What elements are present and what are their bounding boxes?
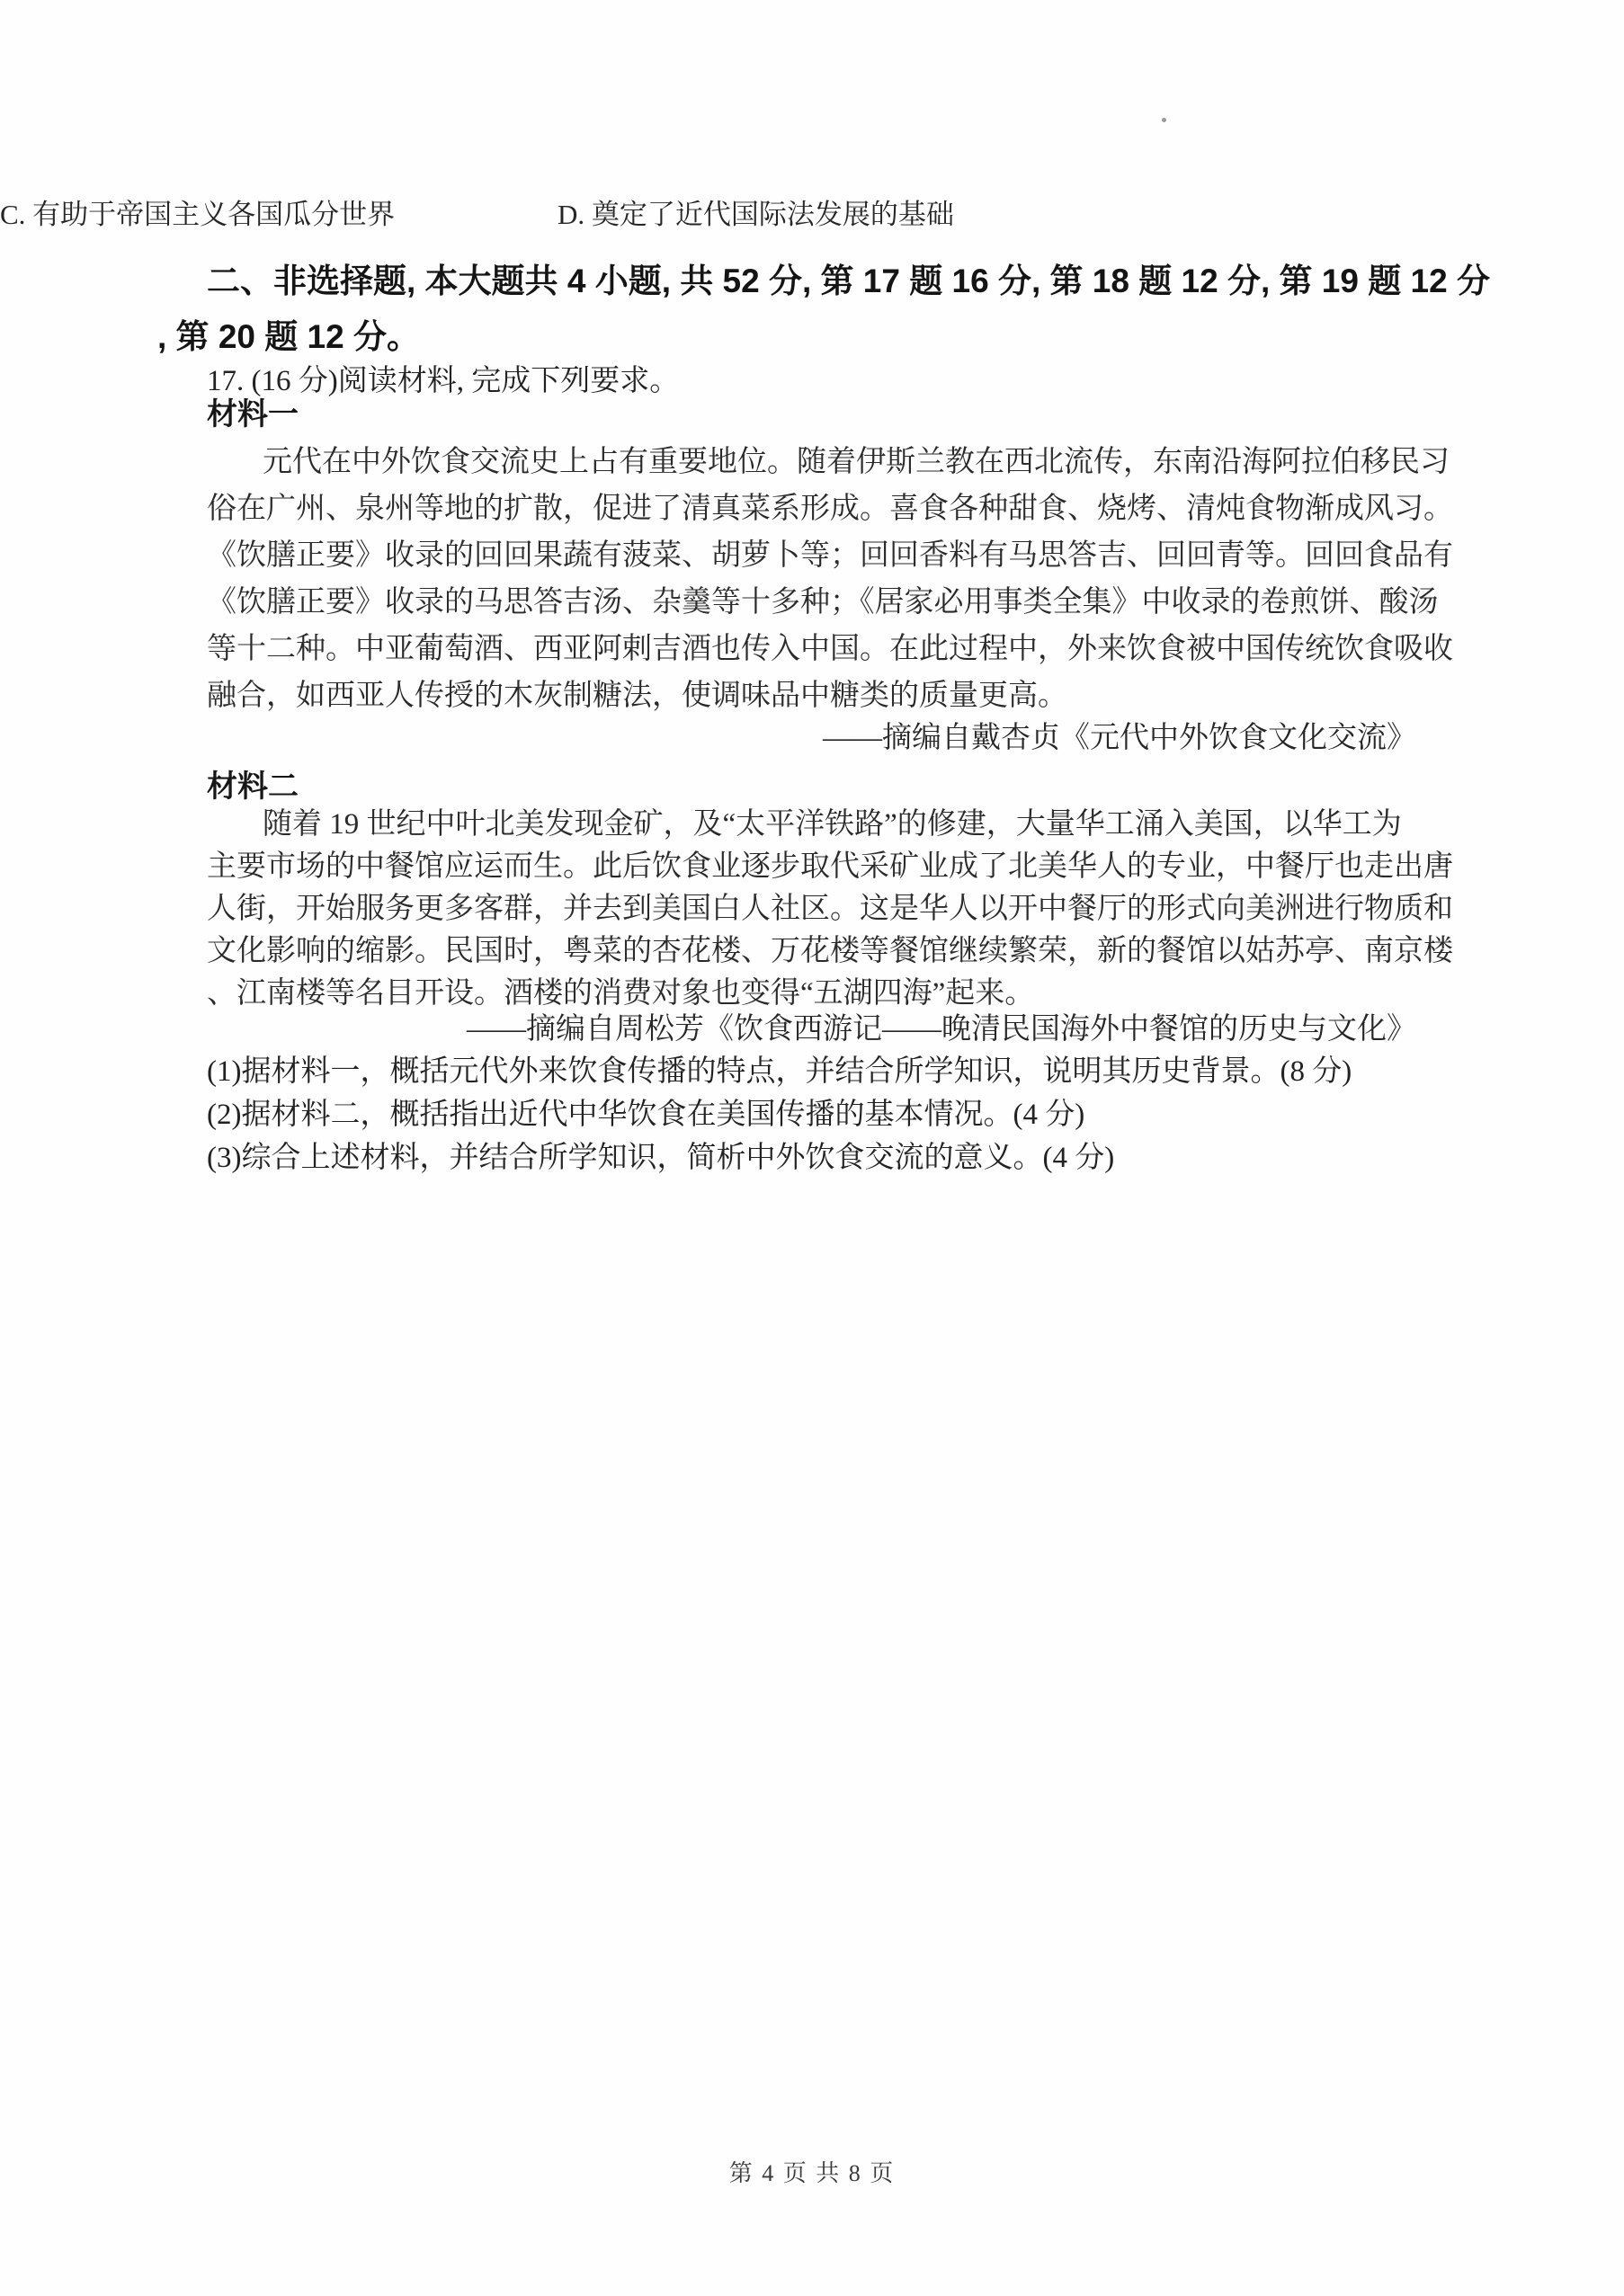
material-two-paragraph: 随着 19 世纪中叶北美发现金矿，及“太平洋铁路”的修建，大量华工涌入美国，以华… (207, 804, 1416, 1015)
material-one-line: 《饮膳正要》收录的回回果蔬有菠菜、胡萝卜等；回回香料有马思答吉、回回青等。回回食… (207, 532, 1416, 579)
material-one-label: 材料一 (207, 397, 299, 433)
subquestion-3: (3)综合上述材料，并结合所学知识，简析中外饮食交流的意义。(4 分) (207, 1136, 1416, 1179)
material-two-line: 、江南楼等名目开设。酒楼的消费对象也变得“五湖四海”起来。 (207, 973, 1416, 1015)
exam-paper-page: C. 有助于帝国主义各国瓜分世界 D. 奠定了近代国际法发展的基础 二、非选择题… (0, 0, 1624, 2296)
section-two-heading-line2: , 第 20 题 12 分。 (157, 309, 1416, 365)
material-one-line: 元代在中外饮食交流史上占有重要地位。随着伊斯兰教在西北流传，东南沿海阿拉伯移民习 (207, 439, 1416, 485)
section-two-heading: 二、非选择题, 本大题共 4 小题, 共 52 分, 第 17 题 16 分, … (207, 254, 1416, 365)
material-one-line: 等十二种。中亚葡萄酒、西亚阿剌吉酒也传入中国。在此过程中，外来饮食被中国传统饮食… (207, 626, 1416, 672)
option-d: D. 奠定了近代国际法发展的基础 (558, 196, 954, 234)
question-17-subquestions: (1)据材料一，概括元代外来饮食传播的特点，并结合所学知识，说明其历史背景。(8… (207, 1050, 1416, 1179)
question-17-intro: 17. (16 分)阅读材料, 完成下列要求。 (207, 361, 1416, 401)
material-one-line: 融合，如西亚人传授的木灰制糖法，使调味品中糖类的质量更高。 (207, 672, 1416, 719)
subquestion-1: (1)据材料一，概括元代外来饮食传播的特点，并结合所学知识，说明其历史背景。(8… (207, 1050, 1416, 1093)
scan-speck-artifact (1162, 118, 1166, 122)
page-number-footer: 第 4 页 共 8 页 (0, 2158, 1624, 2190)
material-two-line: 人街，开始服务更多客群，并去到美国白人社区。这是华人以开中餐厅的形式向美洲进行物… (207, 888, 1416, 930)
section-two-heading-line1: 二、非选择题, 本大题共 4 小题, 共 52 分, 第 17 题 16 分, … (207, 254, 1416, 309)
material-two-line: 随着 19 世纪中叶北美发现金矿，及“太平洋铁路”的修建，大量华工涌入美国，以华… (207, 804, 1416, 846)
material-two-label: 材料二 (207, 770, 299, 805)
material-one-paragraph: 元代在中外饮食交流史上占有重要地位。随着伊斯兰教在西北流传，东南沿海阿拉伯移民习… (207, 439, 1416, 719)
subquestion-2: (2)据材料二，概括指出近代中华饮食在美国传播的基本情况。(4 分) (207, 1093, 1416, 1136)
material-one-line: 俗在广州、泉州等地的扩散，促进了清真菜系形成。喜食各种甜食、烧烤、清炖食物渐成风… (207, 485, 1416, 532)
material-two-line: 主要市场的中餐馆应运而生。此后饮食业逐步取代采矿业成了北美华人的专业，中餐厅也走… (207, 846, 1416, 888)
material-two-line: 文化影响的缩影。民国时，粤菜的杏花楼、万花楼等餐馆继续繁荣，新的餐馆以姑苏亭、南… (207, 930, 1416, 973)
material-one-line: 《饮膳正要》收录的马思答吉汤、杂羹等十多种；《居家必用事类全集》中收录的卷煎饼、… (207, 579, 1416, 626)
option-c: C. 有助于帝国主义各国瓜分世界 (0, 199, 395, 230)
material-one-citation: ——摘编自戴杏贞《元代中外饮食文化交流》 (207, 718, 1416, 758)
material-two-citation: ——摘编自周松芳《饮食西游记——晚清民国海外中餐馆的历史与文化》 (207, 1010, 1416, 1049)
answer-options-row: C. 有助于帝国主义各国瓜分世界 D. 奠定了近代国际法发展的基础 (0, 196, 1624, 234)
